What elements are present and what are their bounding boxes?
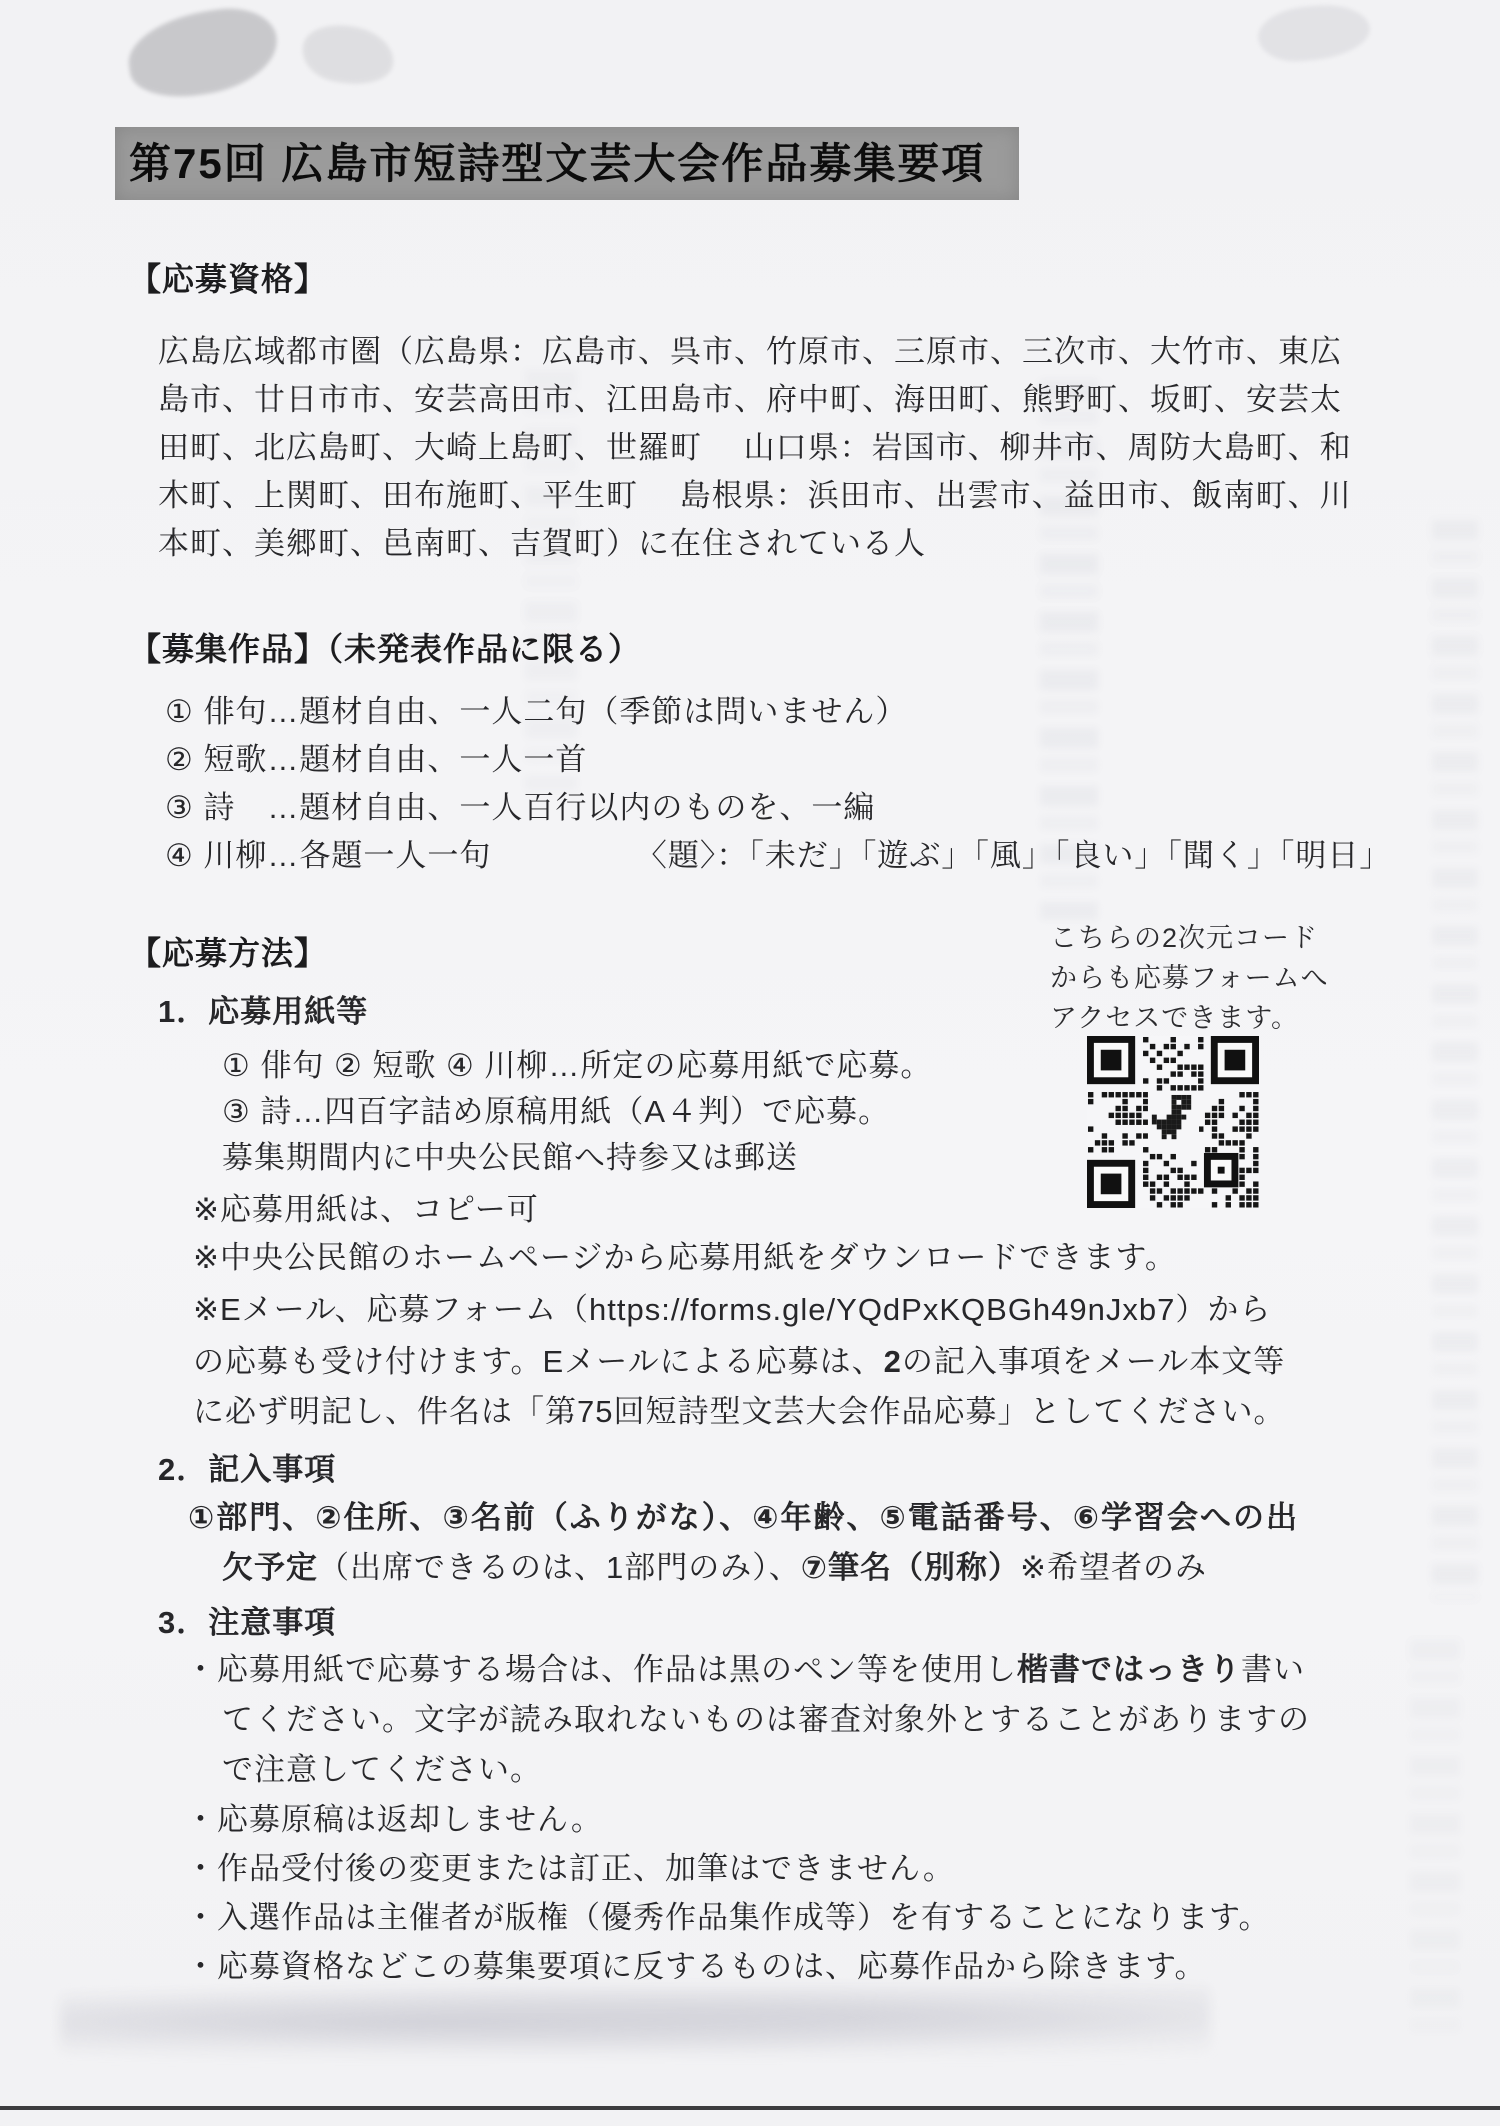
works-item-poem: ③ 詩 …題材自由、一人百行以内のものを、一編	[165, 782, 875, 827]
eligibility-line: 本町、美郷町、邑南町、吉賀町）に在住されている人	[158, 518, 926, 563]
page-title: 第75回 広島市短詩型文芸大会作品募集要項	[129, 140, 985, 187]
eligibility-line: 木町、上関町、田布施町、平生町 島根県：浜田市、出雲市、益田市、飯南町、川	[158, 470, 1352, 515]
document-title-bar: 第75回 広島市短詩型文芸大会作品募集要項	[115, 127, 1019, 200]
s1-note-line: に必ず明記し、件名は「第75回短詩型文芸大会作品応募」としてください。	[193, 1386, 1285, 1431]
s2-l2-normal: ※希望者のみ	[1020, 1550, 1207, 1585]
section3-title: 3．注意事項	[158, 1597, 336, 1642]
s3-bullet: ・応募用紙で応募する場合は、作品は黒のペン等を使用し楷書ではっきり書い	[185, 1644, 1305, 1689]
eligibility-line: 広島広域都市圏（広島県：広島市、呉市、竹原市、三原市、三次市、大竹市、東広	[158, 326, 1342, 371]
dino-icon	[1148, 1091, 1199, 1144]
works-heading-row: 【募集作品】（未発表作品に限る）	[129, 624, 641, 670]
eligibility-line: 島市、廿日市市、安芸高田市、江田島市、府中町、海田町、熊野町、坂町、安芸太	[158, 374, 1342, 419]
bleedthrough-ghost-text	[1432, 520, 1478, 1600]
s2-line: 欠予定（出席できるのは、1部門のみ）、⑦筆名（別称）※希望者のみ	[222, 1542, 1207, 1587]
scanned-document-page: 第75回 広島市短詩型文芸大会作品募集要項 【応募資格】 広島広域都市圏（広島県…	[0, 0, 1500, 2126]
works-item-senryu: ④ 川柳…各題一人一句 〈題〉：「未だ」「遊ぶ」「風」「良い」「聞く」「明日」	[165, 830, 1391, 875]
works-item-tanka: ② 短歌…題材自由、一人一首	[165, 734, 587, 779]
bleedthrough-ghost-text	[1410, 1640, 1460, 2040]
s1-note-line-url: ※Eメール、応募フォーム（https://forms.gle/YQdPxKQBG…	[193, 1284, 1271, 1329]
s3-bullet: ・作品受付後の変更または訂正、加筆はできません。	[185, 1843, 955, 1888]
s3-bullet: ・入選作品は主催者が版権（優秀作品集作成等）を有することになります。	[185, 1892, 1271, 1937]
leaf-watermark	[1256, 1, 1372, 65]
leaf-watermark	[296, 16, 399, 95]
scan-edge-line	[0, 2106, 1500, 2110]
s2-line: ①部門、②住所、③名前（ふりがな）、④年齢、⑤電話番号、⑥学習会への出	[188, 1492, 1299, 1537]
s1-l7-post: の記入事項をメール本文等	[902, 1344, 1285, 1379]
method-heading: 【応募方法】	[129, 928, 327, 974]
qr-code	[1087, 1036, 1259, 1208]
s3-bullet-cont: で注意してください。	[222, 1744, 542, 1789]
s2-l2-bold: 欠予定	[222, 1550, 318, 1585]
s3-bullet-cont: てください。文字が読み取れないものは審査対象外とすることがありますの	[222, 1694, 1310, 1739]
qr-caption-line: アクセスできます。	[1050, 996, 1299, 1035]
s2-l2-bold: ⑦筆名（別称）	[801, 1550, 1020, 1585]
s1-note-line: の応募も受け付けます。Eメールによる応募は、2の記入事項をメール本文等	[193, 1336, 1285, 1381]
s3-b1-post: 書い	[1241, 1652, 1305, 1687]
works-heading: 【募集作品】	[129, 631, 327, 667]
s1-l7-pre: の応募も受け付けます。Eメールによる応募は、	[193, 1344, 884, 1379]
s3-b1-pre: ・応募用紙で応募する場合は、作品は黒のペン等を使用し	[185, 1652, 1017, 1687]
s1-note-line: ※中央公民館のホームページから応募用紙をダウンロードできます。	[193, 1232, 1177, 1277]
s3-bullet: ・応募資格などこの募集要項に反するものは、応募作品から除きます。	[185, 1941, 1207, 1986]
s3-b1-bold: 楷書ではっきり	[1017, 1652, 1241, 1687]
works-item-haiku: ① 俳句…題材自由、一人二句（季節は問いません）	[165, 686, 907, 731]
section2-title: 2．記入事項	[158, 1444, 336, 1489]
eligibility-heading: 【応募資格】	[129, 254, 327, 300]
s1-note-line: ※応募用紙は、コピー可	[193, 1184, 539, 1229]
s3-bullet: ・応募原稿は返却しません。	[185, 1794, 603, 1839]
s1-line: ③ 詩…四百字詰め原稿用紙（A４判）で応募。	[222, 1086, 890, 1131]
qr-caption-line: からも応募フォームへ	[1050, 956, 1329, 995]
leaf-watermark	[123, 2, 283, 104]
works-heading-note: （未発表作品に限る）	[327, 631, 641, 667]
s1-line: 募集期間内に中央公民館へ持参又は郵送	[222, 1132, 798, 1177]
scan-smudge	[60, 1985, 1210, 2060]
s1-l7-bold-2: 2	[884, 1344, 902, 1379]
section1-title: 1．応募用紙等	[158, 986, 368, 1031]
s2-l2-normal: （出席できるのは、1部門のみ）、	[318, 1550, 801, 1585]
qr-caption-line: こちらの2次元コード	[1050, 916, 1318, 955]
eligibility-line: 田町、北広島町、大崎上島町、世羅町 山口県：岩国市、柳井市、周防大島町、和	[158, 422, 1352, 467]
s1-line: ① 俳句 ② 短歌 ④ 川柳…所定の応募用紙で応募。	[222, 1040, 932, 1085]
